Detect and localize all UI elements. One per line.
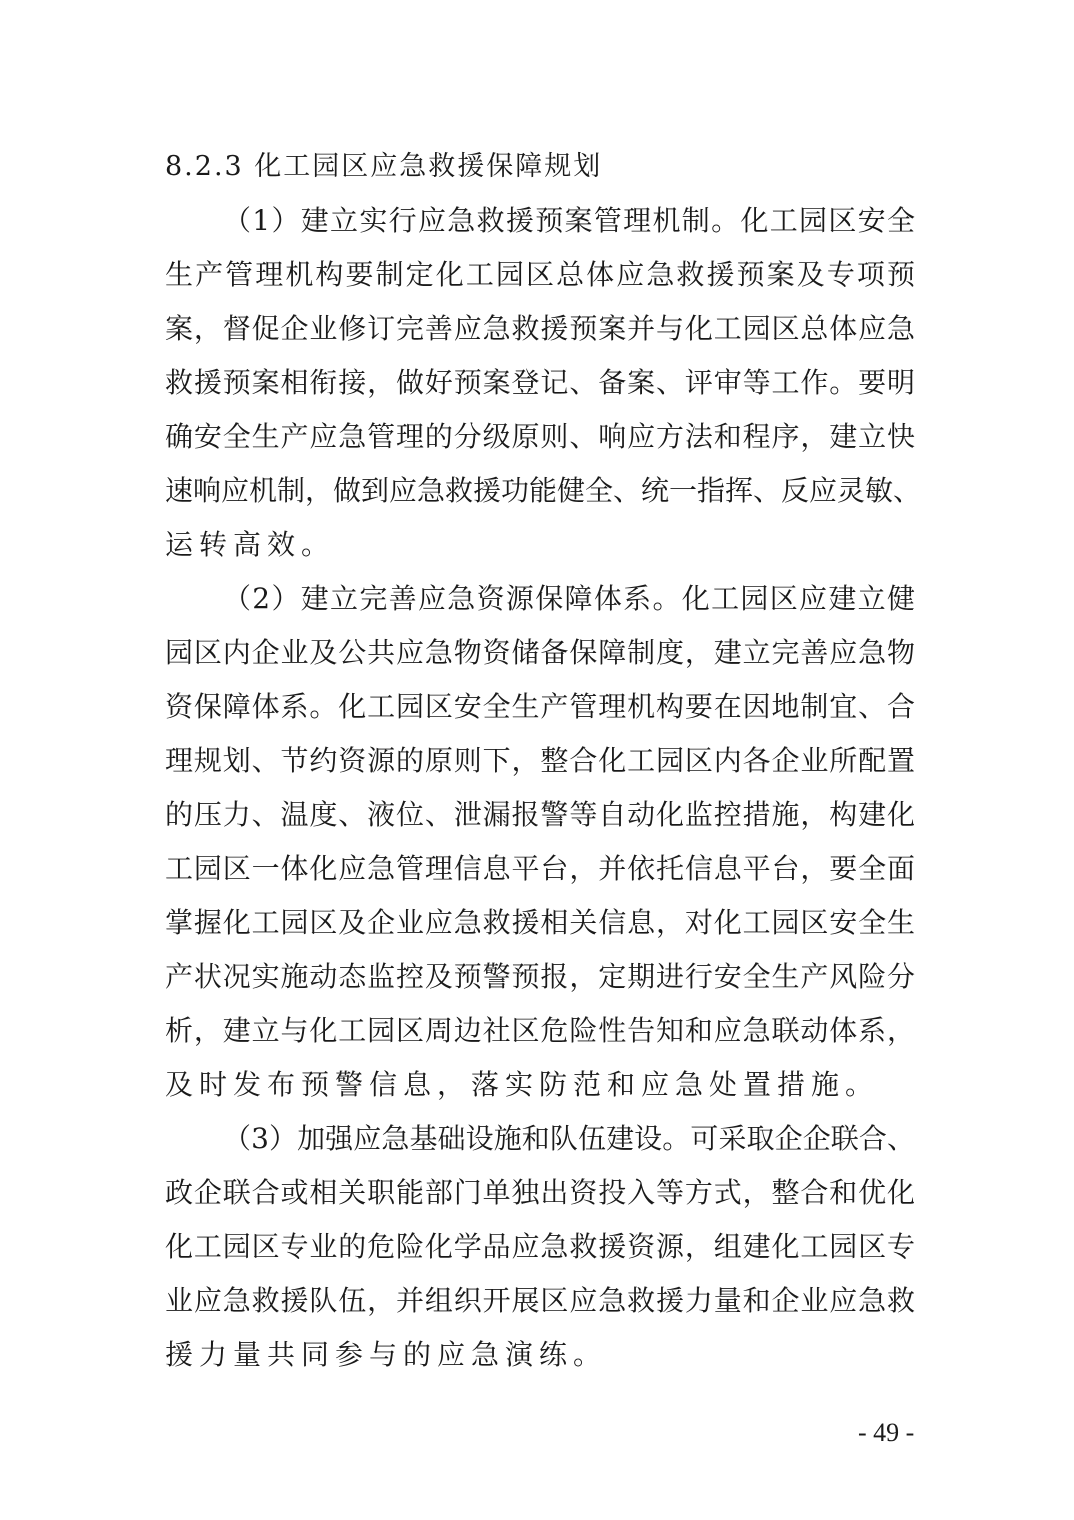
text-line: 资保障体系。化工园区安全生产管理机构要在因地制宜、合 bbox=[165, 680, 915, 734]
document-page: 8.2.3 化工园区应急救援保障规划 （1）建立实行应急救援预案管理机制。化工园… bbox=[165, 140, 915, 1382]
page-number: - 49 - bbox=[858, 1418, 914, 1448]
text-line: 救援预案相衔接，做好预案登记、备案、评审等工作。要明 bbox=[165, 356, 915, 410]
text-line: 生产管理机构要制定化工园区总体应急救援预案及专项预 bbox=[165, 248, 915, 302]
text-line: 运转高效。 bbox=[165, 518, 915, 572]
text-line: （3）加强应急基础设施和队伍建设。可采取企企联合、 bbox=[165, 1112, 915, 1166]
text-line: 工园区一体化应急管理信息平台，并依托信息平台，要全面 bbox=[165, 842, 915, 896]
text-line: 产状况实施动态监控及预警预报，定期进行安全生产风险分 bbox=[165, 950, 915, 1004]
text-line: 业应急救援队伍，并组织开展区应急救援力量和企业应急救 bbox=[165, 1274, 915, 1328]
text-line: （2）建立完善应急资源保障体系。化工园区应建立健 bbox=[165, 572, 915, 626]
text-line: 及时发布预警信息，落实防范和应急处置措施。 bbox=[165, 1058, 915, 1112]
text-line: 园区内企业及公共应急物资储备保障制度，建立完善应急物 bbox=[165, 626, 915, 680]
text-line: 掌握化工园区及企业应急救援相关信息，对化工园区安全生 bbox=[165, 896, 915, 950]
text-line: 析，建立与化工园区周边社区危险性告知和应急联动体系， bbox=[165, 1004, 915, 1058]
paragraph-2: （2）建立完善应急资源保障体系。化工园区应建立健 园区内企业及公共应急物资储备保… bbox=[165, 572, 915, 1112]
text-line: 理规划、节约资源的原则下，整合化工园区内各企业所配置 bbox=[165, 734, 915, 788]
text-line: 的压力、温度、液位、泄漏报警等自动化监控措施，构建化 bbox=[165, 788, 915, 842]
text-line: 案，督促企业修订完善应急救援预案并与化工园区总体应急 bbox=[165, 302, 915, 356]
text-line: 确安全生产应急管理的分级原则、响应方法和程序，建立快 bbox=[165, 410, 915, 464]
paragraph-3: （3）加强应急基础设施和队伍建设。可采取企企联合、 政企联合或相关职能部门单独出… bbox=[165, 1112, 915, 1382]
text-line: 速响应机制，做到应急救援功能健全、统一指挥、反应灵敏、 bbox=[165, 464, 915, 518]
text-line: 政企联合或相关职能部门单独出资投入等方式，整合和优化 bbox=[165, 1166, 915, 1220]
text-line: （1）建立实行应急救援预案管理机制。化工园区安全 bbox=[165, 194, 915, 248]
section-heading: 8.2.3 化工园区应急救援保障规划 bbox=[165, 140, 915, 194]
paragraph-1: （1）建立实行应急救援预案管理机制。化工园区安全 生产管理机构要制定化工园区总体… bbox=[165, 194, 915, 572]
text-line: 援力量共同参与的应急演练。 bbox=[165, 1328, 915, 1382]
text-line: 化工园区专业的危险化学品应急救援资源，组建化工园区专 bbox=[165, 1220, 915, 1274]
